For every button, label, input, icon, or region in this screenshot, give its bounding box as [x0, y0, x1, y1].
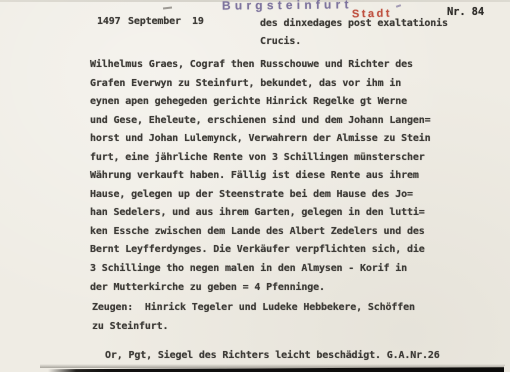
- regest-line: Bernt Leyfferdynges. Die Verkäufer verpf…: [90, 244, 431, 263]
- stamp-stray-mark: [396, 4, 401, 8]
- archival-note: Or, Pgt, Siegel des Richters leicht besc…: [105, 350, 440, 361]
- regest-line: han Sedelers, und aus ihrem Garten, gele…: [90, 207, 431, 226]
- regest-line: und Gese, Eheleute, erschienen sind und …: [90, 115, 431, 134]
- regest-line: Währung verkauft haben. Fällig ist diese…: [90, 170, 431, 189]
- card-number: Nr. 84: [447, 6, 484, 18]
- scan-corner-highlight: [504, 366, 510, 372]
- witness-line: Zeugen: Hinrick Tegeler und Ludeke Hebbe…: [92, 302, 415, 321]
- city-stamp: Burgsteinfurt: [222, 0, 353, 13]
- regest-line: Wilhelmus Graes, Cograf then Russchouwe …: [90, 59, 431, 78]
- bottom-scan-edge: [0, 363, 510, 372]
- pencil-dash-mark: [163, 7, 172, 10]
- archive-index-card: Burgsteinfurt Stadt Nr. 84 1497 Septembe…: [0, 0, 510, 372]
- feast-date-line2: Crucis.: [260, 36, 301, 47]
- witness-line: zu Steinfurt.: [92, 321, 415, 340]
- card-edge-shadow: [40, 364, 505, 368]
- regest-line: ken Essche zwischen dem Lande des Albert…: [90, 226, 431, 245]
- feast-date-line1: des dinxedages post exaltationis: [260, 18, 448, 29]
- date-month: September: [128, 16, 181, 27]
- regest-line: der Mutterkirche zu geben = 4 Pfenninge.: [90, 282, 431, 301]
- regest-line: Grafen Everwyn zu Steinfurt, bekundet, d…: [90, 78, 431, 97]
- regest-body: Wilhelmus Graes, Cograf then Russchouwe …: [90, 59, 431, 300]
- date-day: 19: [192, 16, 204, 27]
- regest-line: 3 Schillinge tho negen malen in den Almy…: [90, 263, 431, 282]
- date-year: 1497: [97, 16, 120, 27]
- regest-line: furt, eine jährliche Rente von 3 Schilli…: [90, 152, 431, 171]
- witness-section: Zeugen: Hinrick Tegeler und Ludeke Hebbe…: [92, 302, 415, 339]
- regest-line: Hause, gelegen up der Steenstrate bei de…: [90, 189, 431, 208]
- regest-line: eynen apen gehegeden gerichte Hinrick Re…: [90, 96, 431, 115]
- regest-line: horst und Johan Lulemynck, Verwahrern de…: [90, 133, 431, 152]
